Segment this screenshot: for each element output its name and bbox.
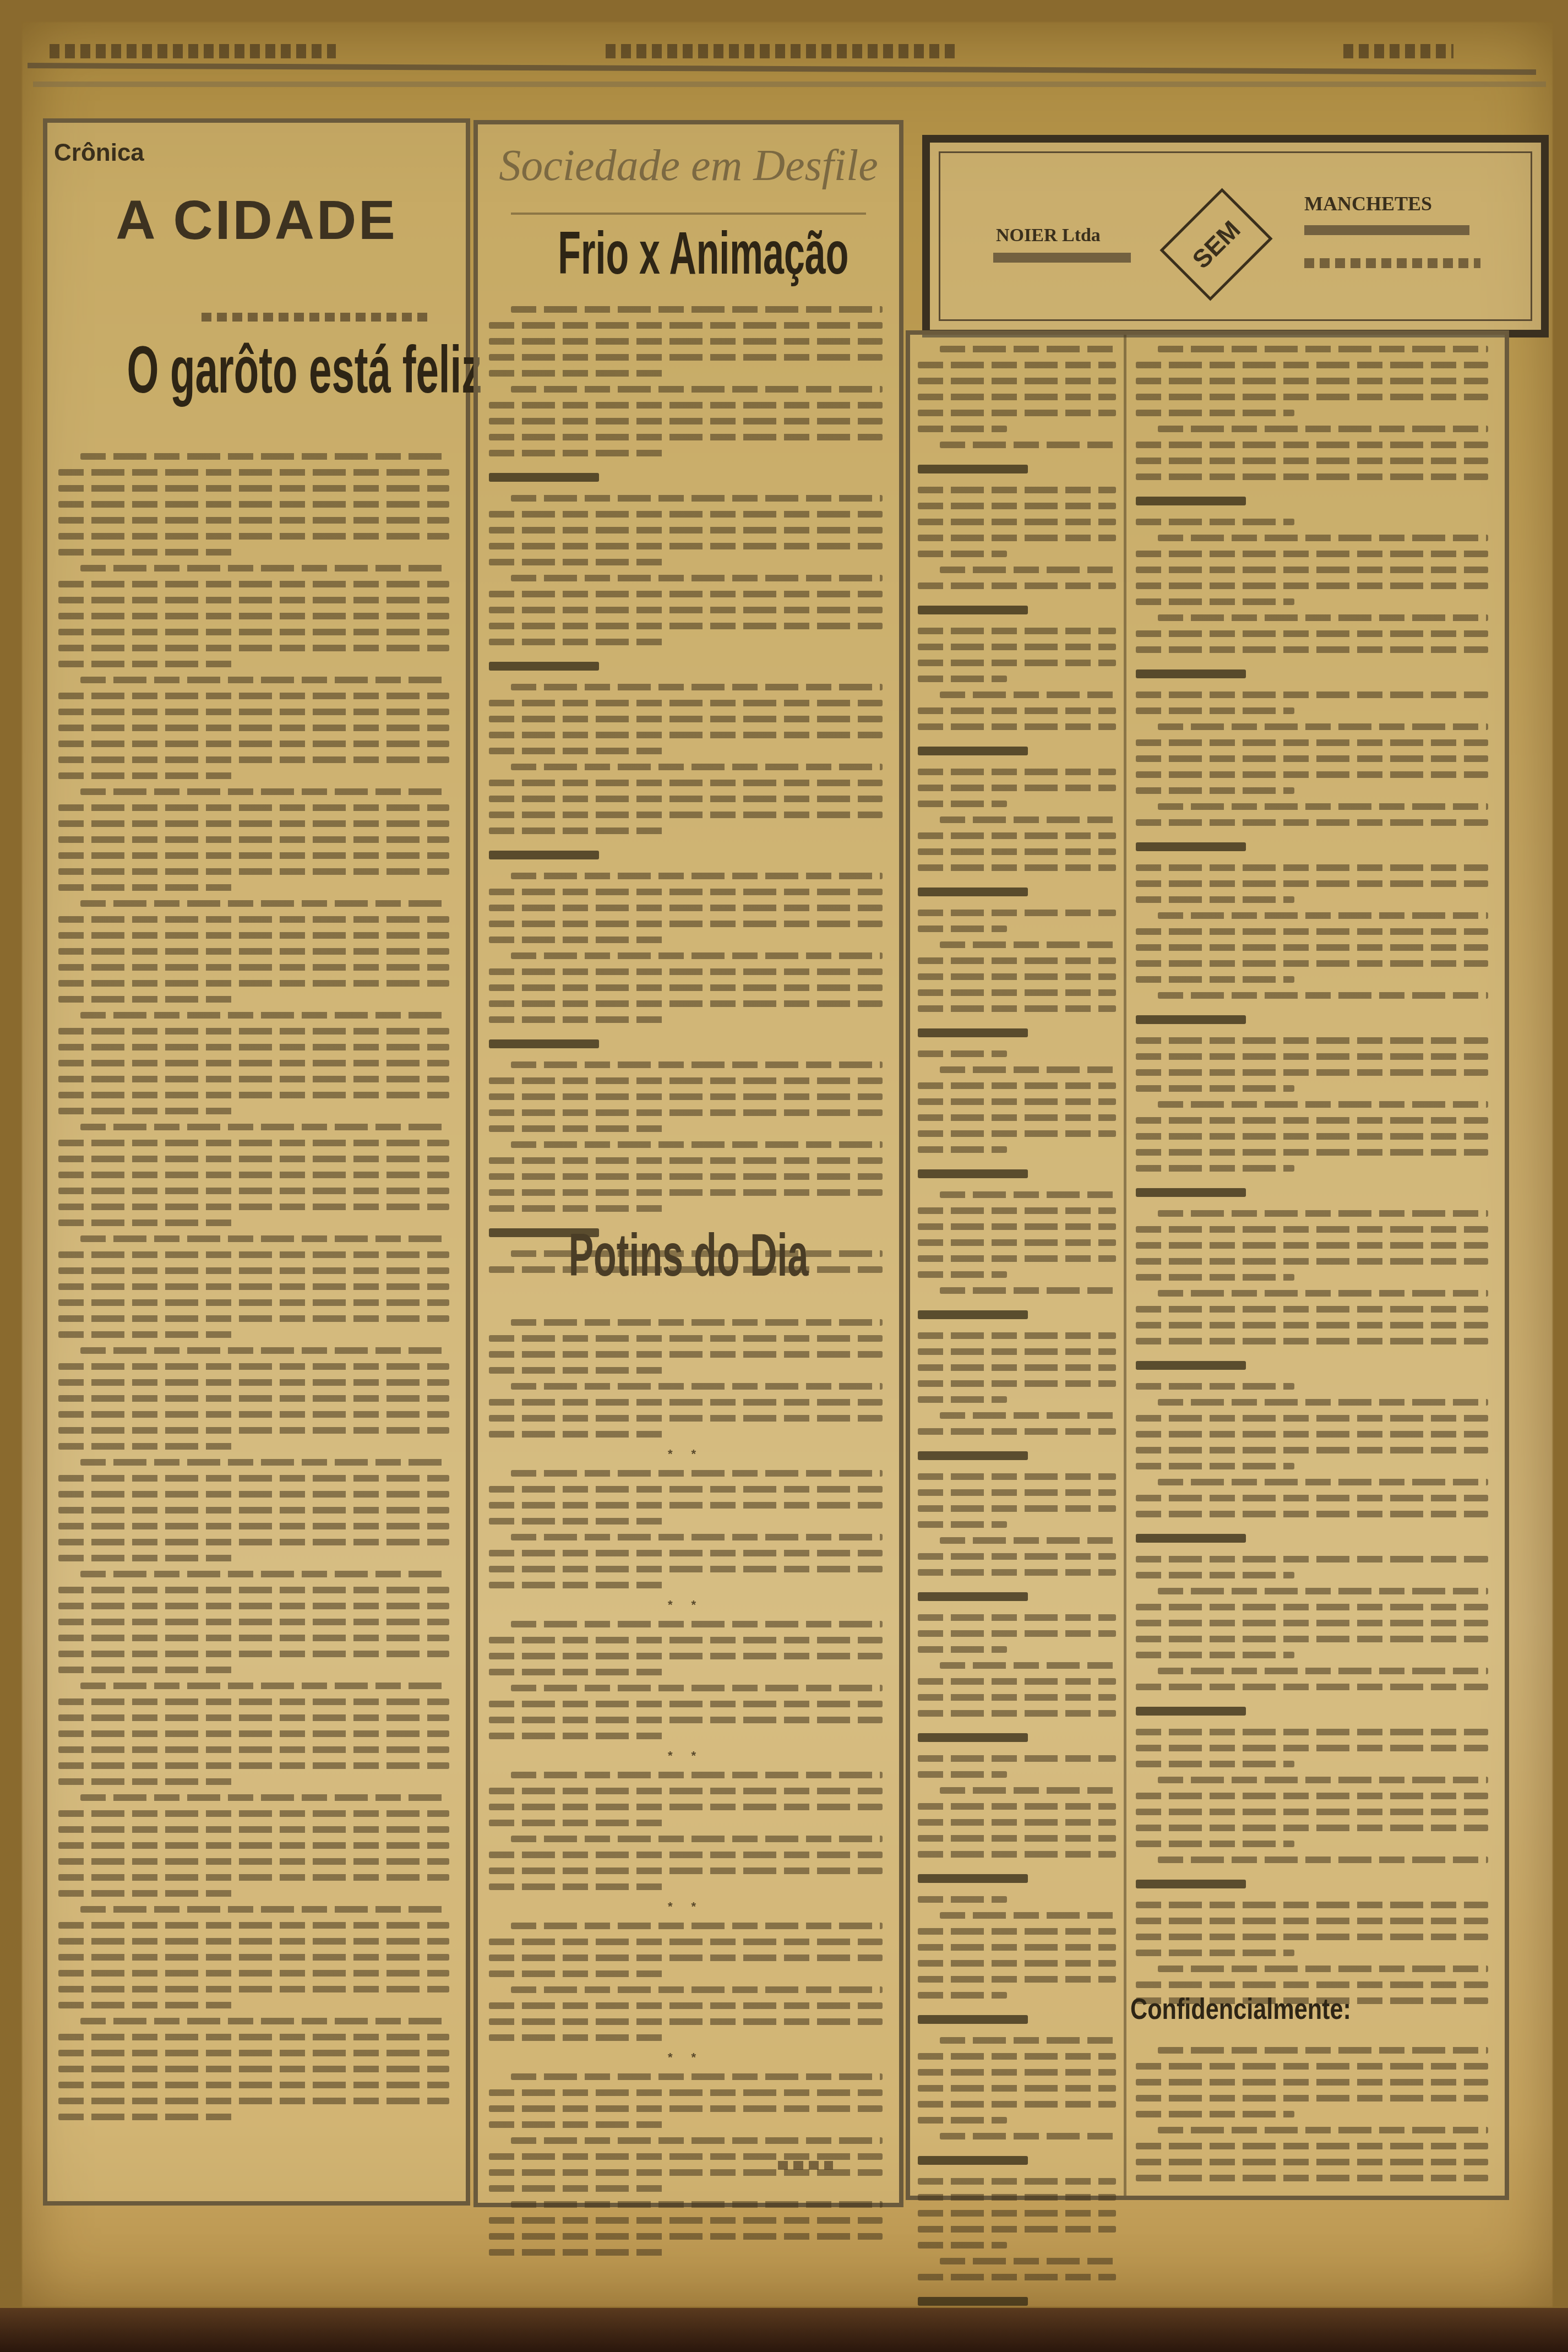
text-line	[511, 1383, 883, 1390]
text-line	[1136, 2159, 1488, 2165]
subheading	[489, 662, 599, 671]
text-line	[489, 1550, 883, 1556]
column-kicker: Crônica	[54, 139, 144, 167]
text-line	[80, 565, 449, 571]
text-line	[1136, 2079, 1488, 2086]
text-line	[1136, 1226, 1488, 1233]
text-line	[918, 1835, 1116, 1842]
notes-wide-column	[1136, 346, 1488, 2013]
text-line	[511, 1986, 883, 1993]
text-line	[1136, 880, 1488, 887]
text-line	[940, 442, 1116, 448]
text-line	[58, 1603, 449, 1609]
text-line	[58, 1730, 449, 1737]
text-line	[1136, 944, 1488, 951]
text-line	[918, 1146, 1007, 1153]
text-line	[918, 1755, 1116, 1762]
article-headline: Frio x Animação	[558, 218, 819, 288]
text-line	[1136, 787, 1294, 794]
text-line	[489, 1125, 666, 1132]
text-line	[58, 1746, 449, 1753]
text-line	[489, 1820, 666, 1826]
text-line	[511, 1923, 883, 1929]
text-line	[489, 1954, 883, 1961]
text-line	[1158, 1210, 1488, 1217]
text-line	[918, 1473, 1116, 1480]
text-line	[918, 1332, 1116, 1339]
text-line	[511, 495, 883, 502]
text-line	[1158, 1290, 1488, 1297]
text-line	[1136, 1902, 1488, 1908]
text-line	[58, 916, 449, 923]
text-line	[918, 660, 1116, 666]
text-line	[918, 1207, 1116, 1214]
column-cronica: Crônica A CIDADE O garôto está feliz	[43, 118, 470, 2206]
text-line	[58, 1842, 449, 1849]
text-line	[918, 1992, 1007, 1999]
text-line	[918, 989, 1116, 996]
text-line	[918, 1819, 1116, 1826]
text-line	[58, 1922, 449, 1929]
text-line	[1136, 1636, 1488, 1642]
text-line	[1158, 1479, 1488, 1485]
text-line	[58, 629, 449, 635]
text-line	[918, 1114, 1116, 1121]
text-line	[918, 2226, 1116, 2233]
text-line	[1136, 1572, 1294, 1578]
ornament: * *	[489, 1598, 883, 1612]
text-line	[1158, 1588, 1488, 1594]
text-line	[58, 2034, 449, 2040]
text-line	[918, 676, 1007, 682]
subheading	[918, 1310, 1028, 1319]
text-line	[511, 1772, 883, 1778]
text-line	[58, 1475, 449, 1482]
text-line	[918, 1255, 1116, 1262]
text-line	[58, 1651, 449, 1657]
text-line	[1136, 1322, 1488, 1329]
text-line	[511, 2201, 883, 2208]
text-line	[489, 1852, 883, 1858]
text-line	[489, 2034, 666, 2041]
text-line	[940, 1287, 1116, 1294]
text-line	[489, 1582, 666, 1588]
notes-narrow-column	[918, 346, 1116, 2351]
text-line	[511, 764, 883, 770]
text-line	[489, 905, 883, 911]
text-line	[918, 2053, 1116, 2060]
text-line	[80, 1012, 449, 1019]
text-line	[1136, 1981, 1488, 1988]
text-line	[58, 1267, 449, 1274]
text-line	[511, 1319, 883, 1326]
text-line	[80, 677, 449, 683]
text-line	[58, 1395, 449, 1402]
text-line	[918, 1082, 1116, 1089]
text-line	[918, 1614, 1116, 1621]
text-line	[58, 661, 235, 667]
text-line	[918, 1678, 1116, 1685]
text-line	[58, 1698, 449, 1705]
text-line	[940, 816, 1116, 823]
text-line	[918, 2069, 1116, 2076]
text-line	[918, 1694, 1116, 1701]
text-line	[489, 2121, 666, 2128]
text-line	[58, 1970, 449, 1977]
text-line	[918, 644, 1116, 650]
text-line	[58, 1076, 449, 1082]
column-title: A CIDADE	[47, 189, 466, 252]
text-line	[1136, 1761, 1294, 1767]
text-line	[940, 346, 1116, 352]
text-line	[918, 2178, 1116, 2185]
text-line	[1136, 976, 1294, 983]
masthead-date	[50, 44, 336, 58]
text-line	[58, 645, 449, 651]
text-line	[58, 2098, 449, 2104]
text-line	[1136, 1258, 1488, 1265]
subheading	[1136, 1880, 1246, 1888]
text-line	[918, 1521, 1007, 1528]
text-line	[918, 1944, 1116, 1951]
text-line	[80, 1571, 449, 1577]
subheading	[918, 465, 1028, 473]
text-line	[918, 410, 1116, 416]
text-line	[918, 2085, 1116, 2092]
text-line	[940, 941, 1116, 948]
title-rule	[511, 213, 866, 215]
text-line	[80, 1347, 449, 1354]
ad-left-text: NOIER Ltda	[996, 225, 1101, 246]
text-line	[58, 1283, 449, 1290]
text-line	[1136, 598, 1294, 605]
text-line	[1136, 864, 1488, 871]
text-line	[58, 1411, 449, 1418]
text-line	[1136, 819, 1488, 826]
text-line	[58, 996, 235, 1003]
text-line	[80, 1906, 449, 1913]
subheading	[1136, 1534, 1246, 1543]
text-line	[1136, 1729, 1488, 1735]
text-line	[918, 1553, 1116, 1560]
text-line	[1136, 771, 1488, 778]
text-line	[918, 957, 1116, 964]
text-line	[1136, 1338, 1488, 1344]
text-line	[1158, 1101, 1488, 1108]
subheading	[1136, 669, 1246, 678]
text-line	[58, 804, 449, 811]
text-line	[918, 503, 1116, 509]
text-line	[511, 1061, 883, 1068]
text-line	[489, 1788, 883, 1794]
text-line	[511, 2073, 883, 2080]
text-line	[1136, 692, 1488, 698]
text-line	[80, 788, 449, 795]
text-line	[918, 1098, 1116, 1105]
text-line	[918, 1960, 1116, 1967]
text-line	[489, 591, 883, 597]
text-line	[1136, 378, 1488, 384]
text-line	[918, 1005, 1116, 1012]
text-line	[1136, 1383, 1294, 1390]
text-line	[58, 772, 235, 779]
text-line	[1136, 1242, 1488, 1249]
subheading	[918, 1028, 1028, 1037]
text-line	[1136, 630, 1488, 637]
text-line	[489, 1970, 666, 1977]
text-line	[58, 1507, 449, 1513]
text-line	[58, 581, 449, 587]
ornament: * *	[489, 2050, 883, 2065]
text-line	[1136, 1511, 1488, 1517]
text-line	[489, 1077, 883, 1084]
text-line	[1136, 2111, 1294, 2117]
text-line	[918, 1364, 1116, 1371]
text-line	[489, 1733, 666, 1739]
column-notes: Confidencialmente:	[906, 330, 1509, 2200]
text-line	[918, 551, 1007, 557]
text-line	[58, 709, 449, 715]
text-line	[1136, 1793, 1488, 1799]
text-line	[1136, 394, 1488, 400]
ornament: * *	[489, 1899, 883, 1914]
text-line	[58, 836, 449, 843]
text-line	[1136, 1117, 1488, 1124]
text-line	[918, 394, 1116, 400]
masthead	[28, 34, 1536, 73]
text-line	[918, 1380, 1116, 1387]
text-line	[1136, 1037, 1488, 1044]
text-line	[918, 973, 1116, 980]
text-line	[58, 852, 449, 859]
text-line	[489, 2105, 883, 2112]
subheading	[489, 473, 599, 482]
header-divider	[33, 81, 1546, 87]
text-line	[58, 1635, 449, 1641]
text-line	[918, 1710, 1116, 1717]
text-line	[489, 1939, 883, 1945]
text-line	[489, 827, 666, 834]
text-line	[940, 1412, 1116, 1419]
text-line	[1158, 535, 1488, 541]
text-line	[489, 1351, 883, 1358]
text-line	[80, 1794, 449, 1801]
text-line	[58, 1443, 235, 1450]
text-line	[489, 434, 883, 440]
text-line	[58, 868, 449, 875]
text-line	[489, 2002, 883, 2009]
text-line	[1136, 1620, 1488, 1626]
text-line	[489, 1637, 883, 1643]
text-line	[58, 964, 449, 971]
text-line	[1158, 992, 1488, 999]
text-line	[489, 559, 666, 565]
text-line	[511, 1685, 883, 1691]
text-line	[1158, 426, 1488, 432]
article-headline: O garôto está feliz	[127, 332, 386, 408]
text-line	[918, 2194, 1116, 2201]
text-line	[58, 1331, 235, 1338]
text-line	[58, 2066, 449, 2072]
text-line	[80, 2018, 449, 2024]
text-line	[918, 1928, 1116, 1935]
text-line	[489, 796, 883, 802]
text-line	[58, 1587, 449, 1593]
text-line	[1136, 928, 1488, 935]
byline	[202, 313, 433, 322]
text-line	[58, 1714, 449, 1721]
text-line	[918, 1630, 1116, 1637]
subheading	[918, 1451, 1028, 1460]
text-line	[918, 769, 1116, 775]
text-line	[511, 873, 883, 879]
text-line	[489, 732, 883, 738]
text-line	[58, 980, 449, 987]
text-line	[58, 1219, 235, 1226]
text-line	[940, 692, 1116, 698]
text-line	[940, 1537, 1116, 1544]
text-line	[58, 1140, 449, 1146]
text-line	[489, 1804, 883, 1810]
text-line	[58, 1251, 449, 1258]
text-line	[918, 519, 1116, 525]
subheading	[1136, 1015, 1246, 1024]
text-line	[58, 884, 235, 891]
text-line	[918, 1271, 1007, 1278]
ad-right-rule	[1304, 225, 1469, 235]
text-line	[511, 1836, 883, 1842]
text-line	[918, 1130, 1116, 1137]
subheading	[918, 1169, 1028, 1178]
text-line	[489, 716, 883, 722]
text-line	[58, 1986, 449, 1992]
text-line	[1136, 519, 1294, 525]
text-line	[1158, 723, 1488, 730]
text-line	[489, 984, 883, 991]
potins-body: * ** ** ** ** *	[489, 1319, 883, 2265]
text-line	[940, 1787, 1116, 1794]
text-line	[940, 1191, 1116, 1198]
subheading	[918, 888, 1028, 896]
table-edge	[0, 2308, 1568, 2352]
text-line	[80, 453, 449, 460]
text-line	[58, 1299, 449, 1306]
text-line	[489, 937, 666, 943]
text-line	[58, 1954, 449, 1961]
subheading	[489, 851, 599, 859]
text-line	[940, 1912, 1116, 1919]
text-line	[1136, 1825, 1488, 1831]
text-line	[1158, 614, 1488, 621]
text-line	[918, 707, 1116, 714]
text-line	[58, 501, 449, 508]
text-line	[511, 575, 883, 581]
text-line	[58, 1363, 449, 1370]
text-line	[58, 1539, 449, 1545]
text-line	[940, 2037, 1116, 2044]
text-line	[58, 1204, 449, 1210]
text-line	[918, 582, 1116, 589]
text-line	[58, 1938, 449, 1945]
text-line	[489, 1000, 883, 1007]
text-line	[1136, 646, 1488, 653]
text-line	[58, 485, 449, 492]
text-line	[489, 2153, 883, 2160]
text-line	[918, 1569, 1116, 1576]
text-line	[1136, 567, 1488, 573]
text-line	[489, 450, 666, 456]
text-line	[80, 900, 449, 907]
text-line	[58, 725, 449, 731]
text-line	[918, 1646, 1007, 1653]
text-line	[511, 1534, 883, 1540]
text-line	[58, 613, 449, 619]
text-line	[1158, 1668, 1488, 1674]
text-line	[58, 469, 449, 476]
ornament: * *	[489, 1749, 883, 1763]
text-line	[489, 1205, 666, 1212]
text-line	[1136, 1149, 1488, 1156]
confidencialmente-heading: Confidencialmente:	[1130, 1992, 1351, 2026]
text-line	[489, 1093, 883, 1100]
text-line	[58, 1060, 449, 1066]
ad-right-subtext	[1304, 258, 1480, 268]
text-line	[511, 2137, 883, 2144]
text-line	[489, 1669, 666, 1675]
subheading	[1136, 497, 1246, 505]
text-line	[1136, 1556, 1488, 1562]
text-line	[489, 700, 883, 706]
confidencialmente-body	[1136, 2047, 1488, 2191]
text-line	[489, 511, 883, 518]
text-line	[489, 1109, 883, 1116]
text-line	[489, 921, 883, 927]
text-line	[1136, 960, 1488, 967]
text-line	[489, 1189, 883, 1196]
text-line	[1136, 755, 1488, 762]
text-line	[58, 597, 449, 603]
text-line	[1136, 1415, 1488, 1422]
text-line	[489, 780, 883, 786]
text-line	[58, 517, 449, 524]
text-line	[1136, 1841, 1294, 1847]
section-title: Sociedade em Desfile	[478, 141, 899, 191]
text-line	[1136, 1918, 1488, 1924]
text-line	[511, 386, 883, 393]
text-line	[489, 370, 666, 377]
text-line	[918, 1050, 1007, 1057]
subheading	[1136, 1188, 1246, 1197]
text-line	[489, 1502, 883, 1509]
text-line	[489, 2185, 666, 2192]
text-line	[918, 832, 1116, 839]
subheading	[918, 2156, 1028, 2165]
text-line	[940, 2258, 1116, 2264]
text-line	[80, 1683, 449, 1689]
text-line	[1136, 739, 1488, 746]
text-line	[58, 1491, 449, 1498]
text-line	[489, 623, 883, 629]
text-line	[1136, 362, 1488, 368]
text-line	[918, 1771, 1007, 1778]
text-line	[80, 1124, 449, 1130]
text-line	[511, 306, 883, 313]
text-line	[1158, 1856, 1488, 1863]
text-line	[918, 864, 1116, 871]
text-line	[58, 2082, 449, 2088]
advertisement-box: NOIER Ltda SEM MANCHETES	[922, 135, 1549, 337]
text-line	[1136, 582, 1488, 589]
